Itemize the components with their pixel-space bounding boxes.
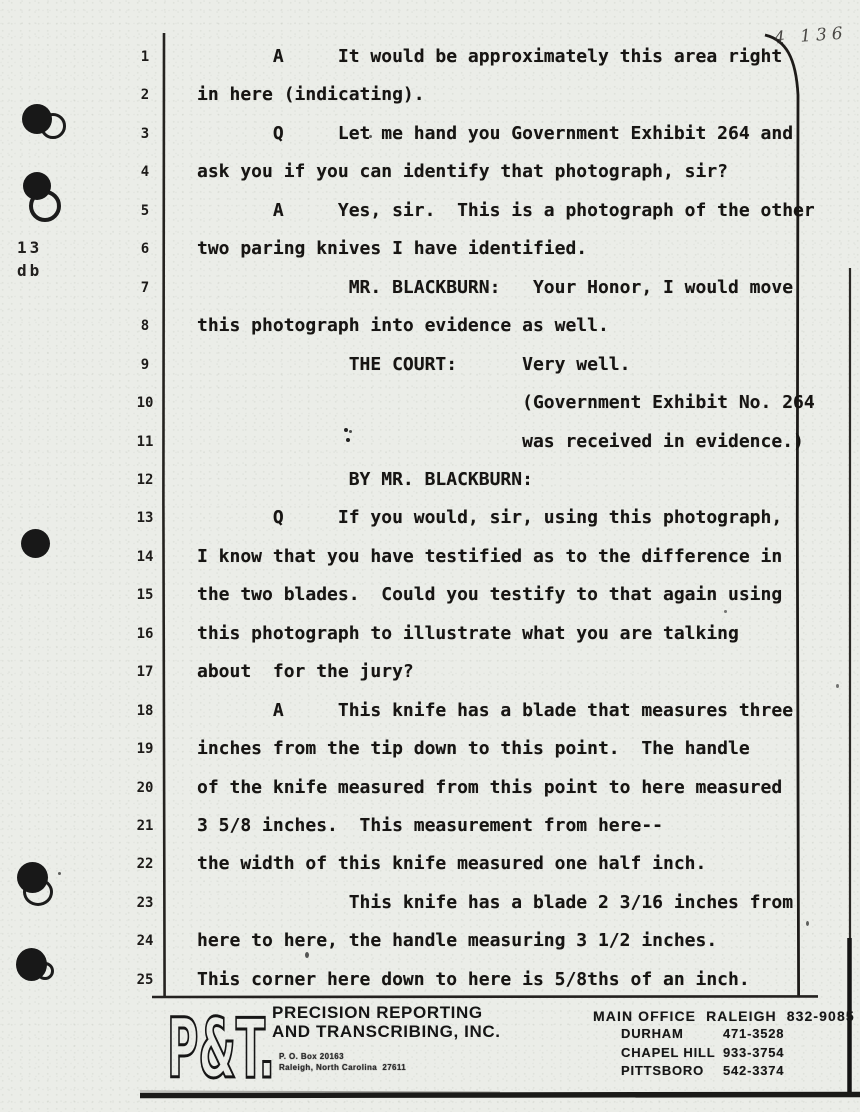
transcript-line: THE COURT: Very well.: [197, 354, 630, 376]
line-number: 9: [130, 357, 160, 373]
transcript-line: 3 5/8 inches. This measurement from here…: [197, 815, 663, 837]
line-number: 12: [130, 472, 160, 488]
hole-punch: [21, 529, 50, 558]
line-number: 14: [130, 549, 160, 565]
line-number: 10: [130, 395, 160, 411]
svg-text:P&T.: P&T.: [167, 1003, 275, 1097]
margin-note: 13 db: [17, 236, 42, 282]
company-name: PRECISION REPORTING AND TRANSCRIBING, IN…: [272, 1003, 501, 1041]
transcript-line: Q If you would, sir, using this photogra…: [197, 507, 782, 529]
precision-reporting-logo: P&T.: [165, 1003, 285, 1098]
transcript-line: this photograph to illustrate what you a…: [197, 623, 739, 645]
branch-city: CHAPEL HILL: [621, 1045, 723, 1060]
transcript-line: This knife has a blade 2 3/16 inches fro…: [197, 892, 793, 914]
transcript-line: Q Let me hand you Government Exhibit 264…: [197, 123, 793, 145]
line-number: 18: [130, 703, 160, 719]
line-number: 6: [130, 241, 160, 257]
branch-office-row: CHAPEL HILL933-3754: [621, 1045, 811, 1060]
branch-phone: 471-3528: [723, 1026, 809, 1041]
line-number: 15: [130, 587, 160, 603]
scan-speck: [806, 921, 809, 926]
line-number: 22: [130, 856, 160, 872]
hole-punch: [17, 862, 48, 893]
transcript-line: I know that you have testified as to the…: [197, 546, 782, 568]
line-number: 24: [130, 933, 160, 949]
transcript-line: inches from the tip down to this point. …: [197, 738, 750, 760]
scan-speck: [349, 430, 352, 433]
transcript-line: about for the jury?: [197, 661, 414, 683]
line-number: 20: [130, 780, 160, 796]
line-number: 21: [130, 818, 160, 834]
line-number: 4: [130, 164, 160, 180]
line-number: 19: [130, 741, 160, 757]
branch-phone: 542-3374: [723, 1063, 809, 1078]
handwritten-mark: 4 136: [773, 23, 848, 48]
line-number: 2: [130, 87, 160, 103]
line-number: 5: [130, 203, 160, 219]
transcript-line: (Government Exhibit No. 264: [197, 392, 815, 414]
scan-speck: [305, 952, 309, 958]
transcript-line: two paring knives I have identified.: [197, 238, 587, 260]
line-number: 11: [130, 434, 160, 450]
hole-punch: [22, 104, 52, 134]
scan-speck: [346, 438, 350, 442]
scan-speck: [58, 872, 61, 875]
line-number: 25: [130, 972, 160, 988]
transcript-line: in here (indicating).: [197, 84, 425, 106]
transcript-line: A It would be approximately this area ri…: [197, 46, 782, 68]
branch-phone: 933-3754: [723, 1045, 809, 1060]
scan-speck: [369, 135, 372, 138]
line-number: 23: [130, 895, 160, 911]
transcript-line: the two blades. Could you testify to tha…: [197, 584, 782, 606]
transcript-line: of the knife measured from this point to…: [197, 777, 782, 799]
transcript-line: This corner here down to here is 5/8ths …: [197, 969, 750, 991]
branch-city: DURHAM: [621, 1026, 723, 1041]
transcript-line: A This knife has a blade that measures t…: [197, 700, 793, 722]
scan-speck: [724, 610, 727, 613]
transcript-line: here to here, the handle measuring 3 1/2…: [197, 930, 717, 952]
transcript-line: MR. BLACKBURN: Your Honor, I would move: [197, 277, 793, 299]
transcript-line: A Yes, sir. This is a photograph of the …: [197, 200, 815, 222]
line-number: 3: [130, 126, 160, 142]
hole-punch: [16, 948, 47, 981]
scan-speck: [836, 684, 839, 688]
transcript-line: BY MR. BLACKBURN:: [197, 469, 533, 491]
hole-punch: [23, 172, 51, 200]
branch-office-list: DURHAM471-3528CHAPEL HILL933-3754PITTSBO…: [621, 1026, 811, 1082]
line-number: 13: [130, 510, 160, 526]
line-number: 16: [130, 626, 160, 642]
line-number: 1: [130, 49, 160, 65]
line-number: 17: [130, 664, 160, 680]
scan-speck: [344, 428, 348, 432]
line-number: 8: [130, 318, 160, 334]
branch-city: PITTSBORO: [621, 1063, 723, 1078]
branch-office-row: DURHAM471-3528: [621, 1026, 811, 1041]
transcript-line: this photograph into evidence as well.: [197, 315, 609, 337]
transcript-line: the width of this knife measured one hal…: [197, 853, 706, 875]
transcript-line: ask you if you can identify that photogr…: [197, 161, 728, 183]
company-address: P. O. Box 20163 Raleigh, North Carolina …: [279, 1051, 406, 1073]
transcript-line: was received in evidence.): [197, 431, 804, 453]
main-office-phone: MAIN OFFICE RALEIGH 832-9085: [593, 1008, 855, 1024]
branch-office-row: PITTSBORO542-3374: [621, 1063, 811, 1078]
line-number: 7: [130, 280, 160, 296]
transcript-page: 13 db 4 136 1 A It would be approximatel…: [0, 0, 860, 1112]
